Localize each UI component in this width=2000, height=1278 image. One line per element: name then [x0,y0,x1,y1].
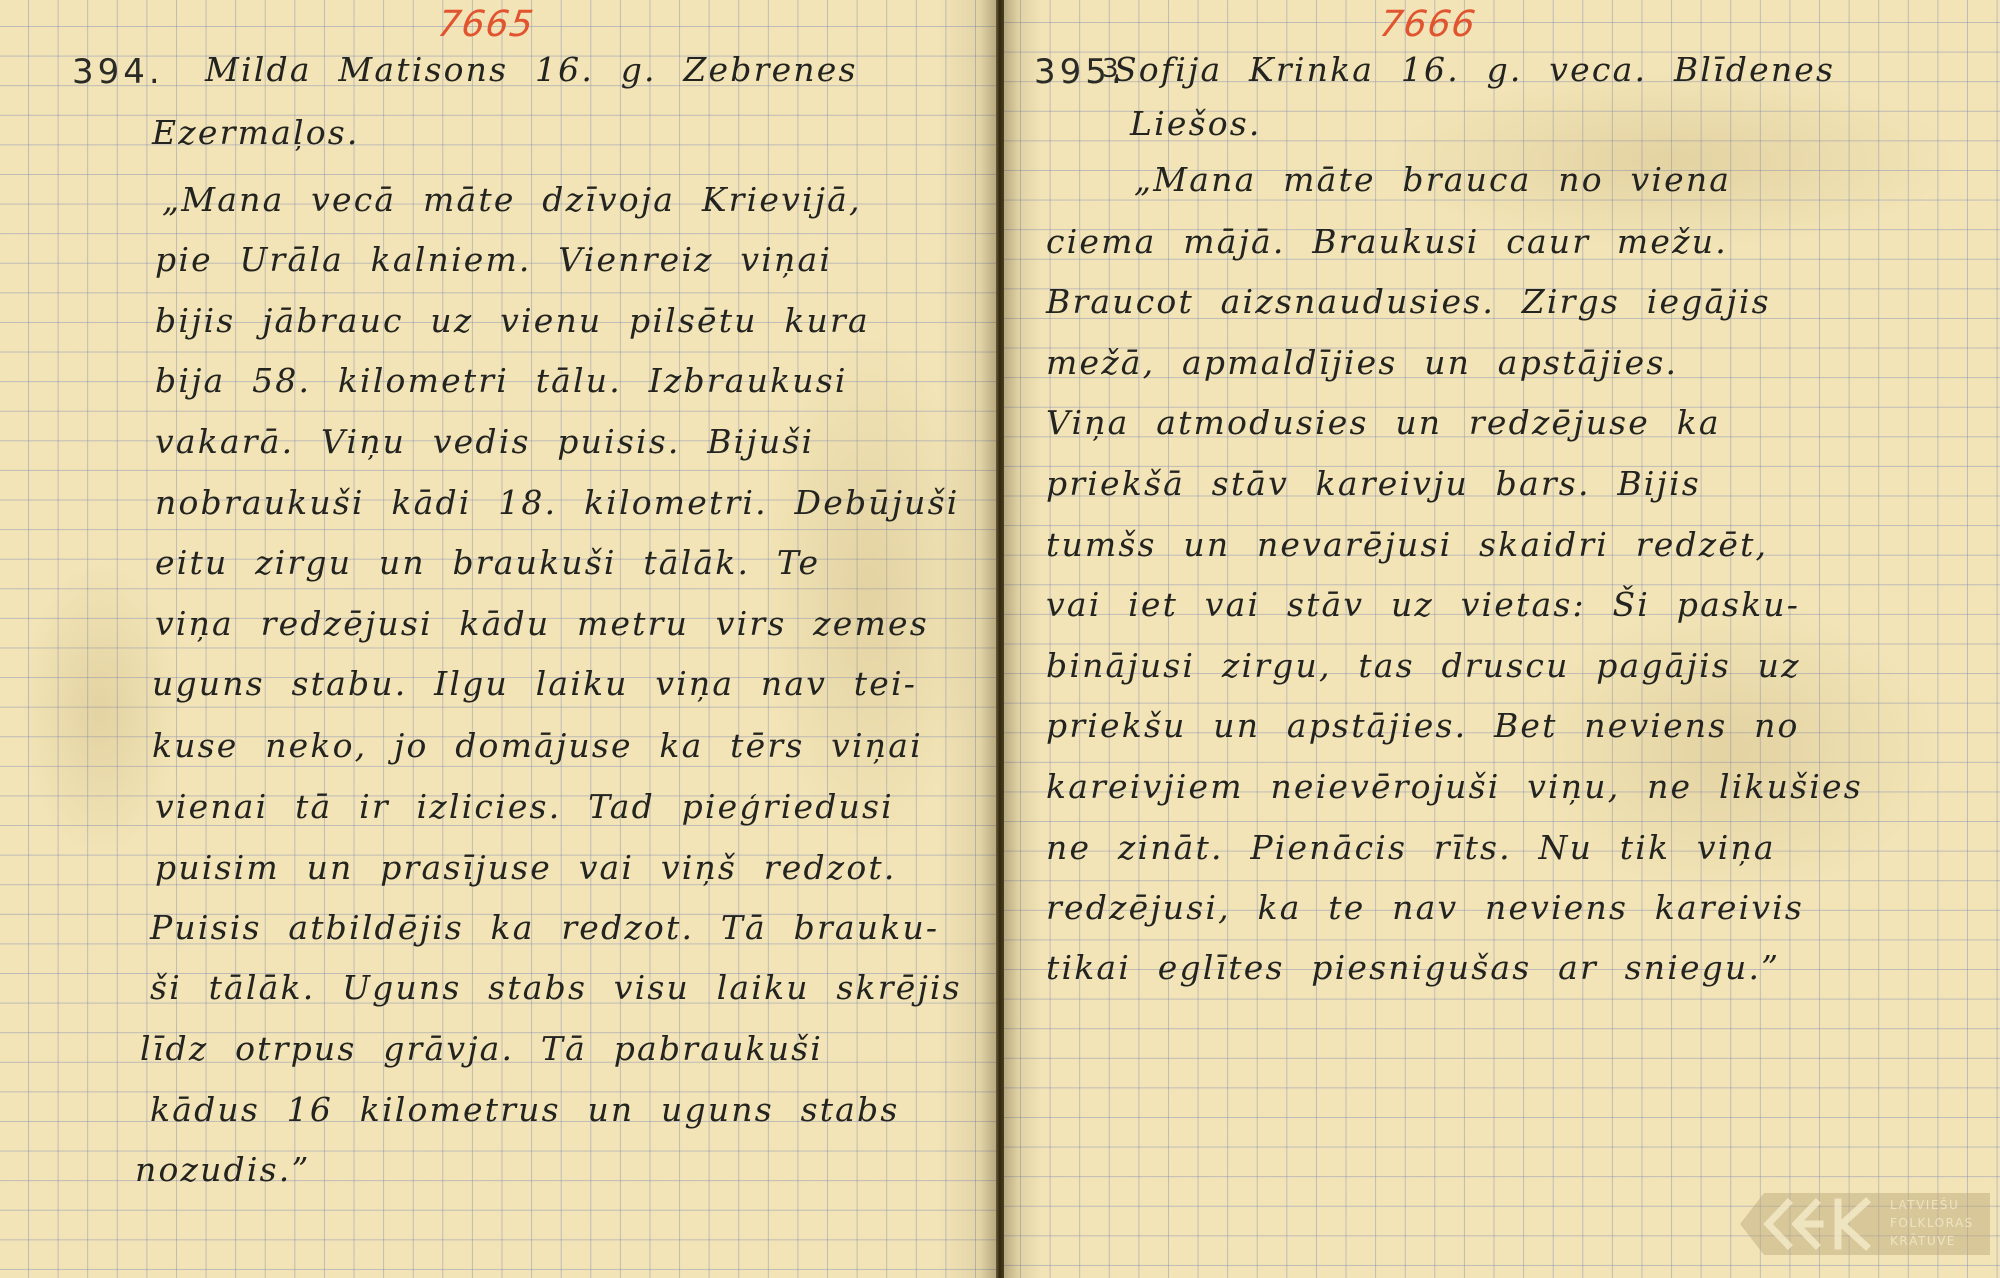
entry-number: 395. [1034,52,1126,92]
watermark-text: LATVIEŠU FOLKLORAS KRĀTUVE [1890,1196,1990,1250]
paper-stain [760,330,980,850]
text-line: kādus 16 kilometrus un uguns stabs [150,1090,900,1130]
text-line: bijis jābrauc uz vienu pilsētu kura [155,301,870,341]
text-line: pie Urāla kalniem. Vienreiz viņai [155,240,832,280]
entry-header-line: Liešos. [1130,104,1262,144]
entry-header-line: Sofija Krinka 16. g. veca. Blīdenes [1114,50,1835,90]
text-line: Braucot aizsnaudusies. Zirgs iegājis [1046,282,1771,322]
entry-header-line: Ezermaļos. [152,113,360,153]
text-line: nozudis.” [135,1150,311,1190]
text-line: mežā, apmaldījies un apstājies. [1046,343,1678,383]
text-line: kareivjiem neievērojuši viņu, ne likušie… [1046,767,1863,807]
text-line: vai iet vai stāv uz vietas: Ši pasku- [1046,585,1800,625]
text-line: eitu zirgu un braukuši tālāk. Te [155,543,820,583]
text-line: uguns stabu. Ilgu laiku viņa nav tei- [152,664,917,704]
inventory-number: 7665 [435,4,536,45]
text-line: priekšā stāv kareivju bars. Bijis [1046,464,1701,504]
entry-header-line: Milda Matisons 16. g. Zebrenes [205,50,858,90]
text-line: tikai eglītes piesnigušas ar sniegu.” [1046,948,1780,988]
text-line: vakarā. Viņu vedis puisis. Bijuši [155,422,814,462]
watermark-line: KRĀTUVE [1890,1232,1990,1250]
text-line: tumšs un nevarējusi skaidri redzēt, [1046,525,1768,565]
text-line: līdz otrpus grāvja. Tā pabraukuši [140,1029,823,1069]
right-page: 3 7666 395. Sofija Krinka 16. g. veca. B… [1002,0,2000,1278]
archive-watermark: LATVIEŠU FOLKLORAS KRĀTUVE [1740,1193,1990,1255]
text-line: nobraukuši kādi 18. kilometri. Debūjuši [155,483,960,523]
inventory-number: 7666 [1377,4,1478,45]
text-line: bija 58. kilometri tālu. Izbraukusi [155,361,848,401]
text-line: „Mana māte brauca no viena [1134,160,1731,200]
watermark-line: FOLKLORAS [1890,1214,1990,1232]
text-line: ciema mājā. Braukusi caur mežu. [1046,222,1728,262]
notebook-spine [996,0,1004,1278]
text-line: Puisis atbildējis ka redzot. Tā brauku- [150,908,939,948]
text-line: puisim un prasījuse vai viņš redzot. [155,848,897,888]
left-page: 7665 394. Milda Matisons 16. g. Zebrenes… [0,0,998,1278]
text-line: vienai tā ir izlicies. Tad pieģriedusi [155,787,894,827]
text-line: „Mana vecā māte dzīvoja Krievijā, [162,180,862,220]
text-line: priekšu un apstājies. Bet neviens no [1046,706,1800,746]
entry-number: 394. [72,52,164,92]
text-line: ši tālāk. Uguns stabs visu laiku skrējis [150,968,962,1008]
notebook-spread: 7665 394. Milda Matisons 16. g. Zebrenes… [0,0,2000,1278]
text-line: Viņa atmodusies un redzējuse ka [1046,403,1721,443]
watermark-line: LATVIEŠU [1890,1196,1990,1214]
text-line: kuse neko, jo domājuse ka tērs viņai [152,726,923,766]
text-line: binājusi zirgu, tas druscu pagājis uz [1046,646,1801,686]
archive-logo-icon [1758,1197,1888,1251]
text-line: redzējusi, ka te nav neviens kareivis [1046,888,1804,928]
text-line: viņa redzējusi kādu metru virs zemes [155,604,929,644]
text-line: ne zināt. Pienācis rīts. Nu tik viņa [1046,828,1776,868]
